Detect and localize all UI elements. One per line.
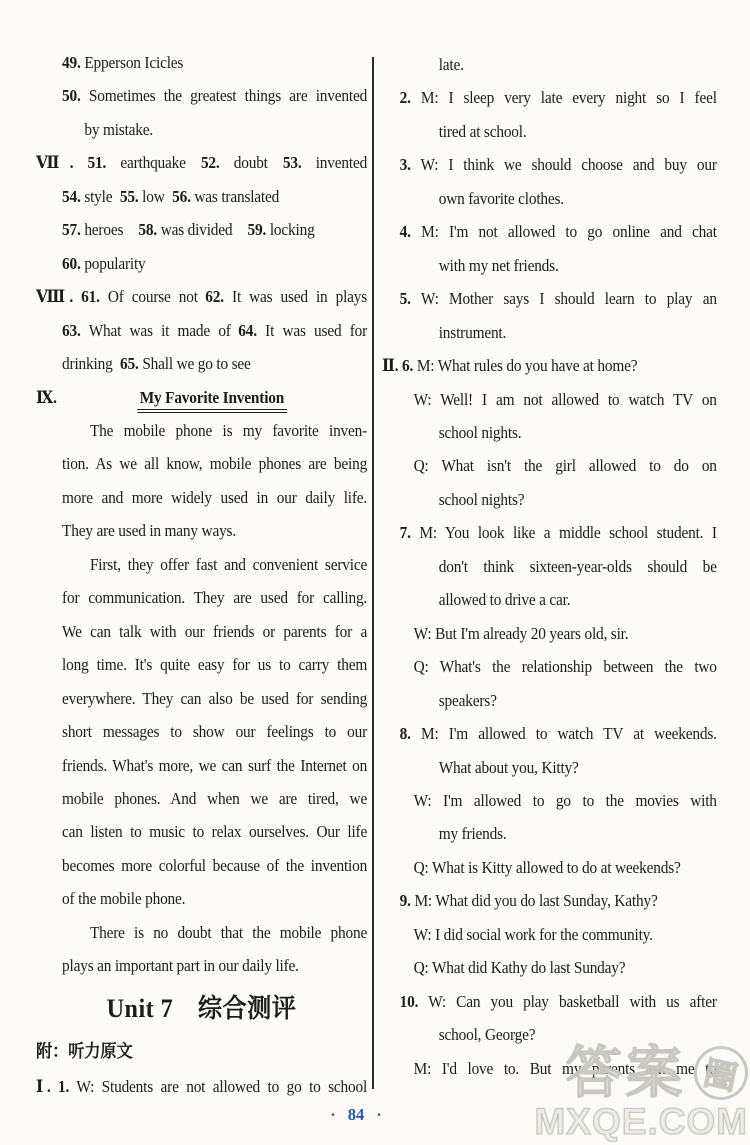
text-line: by mistake. <box>36 113 367 146</box>
page-number-dot-right: · <box>376 1105 382 1124</box>
text-line: W: I did social work for the community. <box>382 918 717 951</box>
text-line: 63. What was it made of 64. It was used … <box>36 314 367 347</box>
text-line: allowed to drive a car. <box>382 583 717 616</box>
text-line: my friends. <box>382 817 717 850</box>
text-line: more and more widely used in our daily l… <box>36 481 367 514</box>
text-line: Ⅷ. 61. Of course not 62. It was used in … <box>36 280 367 313</box>
text-line: 10. W: Can you play basketball with us a… <box>382 985 717 1018</box>
text-line: everywhere. They can also be used for se… <box>36 682 367 715</box>
text-line: for communication. They are used for cal… <box>36 581 367 614</box>
text-line: 57. heroes 58. was divided 59. locking <box>36 213 367 246</box>
page-number: ·84· <box>312 1105 400 1125</box>
text-line: There is no doubt that the mobile phone <box>36 916 367 949</box>
text-line: Q: What isn't the girl allowed to do on <box>382 449 717 482</box>
section-numeral: Ⅸ. <box>36 381 57 414</box>
text-line: tired at school. <box>382 115 717 148</box>
left-column: 49. Epperson Icicles50. Sometimes the gr… <box>36 46 367 1103</box>
text-line: 54. style 55. low 56. was translated <box>36 180 367 213</box>
text-line: speakers? <box>382 684 717 717</box>
text-line: instrument. <box>382 316 717 349</box>
watermark-logo-circle-icon: 圈 <box>689 1041 750 1105</box>
essay-title-line: Ⅸ.My Favorite Invention <box>36 381 367 414</box>
text-line: 4. M: I'm not allowed to go online and c… <box>382 215 717 248</box>
essay-title: My Favorite Invention <box>137 388 287 414</box>
right-column: late.2. M: I sleep very late every night… <box>382 48 717 1085</box>
text-line: 5. W: Mother says I should learn to play… <box>382 282 717 315</box>
text-line: W: But I'm already 20 years old, sir. <box>382 617 717 650</box>
text-line: W: Well! I am not allowed to watch TV on <box>382 383 717 416</box>
text-line: 9. M: What did you do last Sunday, Kathy… <box>382 884 717 917</box>
unit-heading: Unit 7 综合测评 <box>36 985 367 1033</box>
text-line: own favorite clothes. <box>382 182 717 215</box>
text-line: Ⅱ. 6. M: What rules do you have at home? <box>382 349 717 382</box>
column-divider <box>372 57 374 1089</box>
text-line: They are used in many ways. <box>36 514 367 547</box>
text-line: late. <box>382 48 717 81</box>
text-line: 2. M: I sleep very late every night so I… <box>382 81 717 114</box>
text-line: friends. What's more, we can surf the In… <box>36 749 367 782</box>
text-line: don't think sixteen-year-olds should be <box>382 550 717 583</box>
text-line: school nights? <box>382 483 717 516</box>
text-line: drinking 65. Shall we go to see <box>36 347 367 380</box>
watermark-logo-circle-text: 圈 <box>700 1047 742 1100</box>
text-line: becomes more colorful because of the inv… <box>36 849 367 882</box>
text-line: First, they offer fast and convenient se… <box>36 548 367 581</box>
text-line: The mobile phone is my favorite inven- <box>36 414 367 447</box>
text-line: long time. It's quite easy for us to car… <box>36 648 367 681</box>
text-line: plays an important part in our daily lif… <box>36 949 367 982</box>
text-line: school nights. <box>382 416 717 449</box>
watermark-logo: 答案 圈 <box>534 1045 748 1101</box>
text-line: tion. As we all know, mobile phones are … <box>36 447 367 480</box>
text-line: mobile phones. And when we are tired, we <box>36 782 367 815</box>
page-number-value: 84 <box>348 1105 365 1124</box>
text-line: 7. M: You look like a middle school stud… <box>382 516 717 549</box>
text-line: 8. M: I'm allowed to watch TV at weekend… <box>382 717 717 750</box>
answer-key-page: 49. Epperson Icicles50. Sometimes the gr… <box>0 0 750 1145</box>
text-line: W: I'm allowed to go to the movies with <box>382 784 717 817</box>
page-number-dot-left: · <box>330 1105 336 1124</box>
text-line: 50. Sometimes the greatest things are in… <box>36 79 367 112</box>
text-line: with my net friends. <box>382 249 717 282</box>
text-line: Q: What is Kitty allowed to do at weeken… <box>382 851 717 884</box>
text-line: can listen to music to relax ourselves. … <box>36 815 367 848</box>
watermark: 答案 圈 MXQE.COM <box>534 1045 750 1145</box>
text-line: of the mobile phone. <box>36 882 367 915</box>
text-line: What about you, Kitty? <box>382 751 717 784</box>
text-line: 60. popularity <box>36 247 367 280</box>
text-line: Q: What did Kathy do last Sunday? <box>382 951 717 984</box>
text-line: We can talk with our friends or parents … <box>36 615 367 648</box>
text-line: 49. Epperson Icicles <box>36 46 367 79</box>
watermark-logo-text: 答案 <box>566 1045 686 1101</box>
text-line: 3. W: I think we should choose and buy o… <box>382 148 717 181</box>
text-line: Ⅰ. 1. W: Students are not allowed to go … <box>36 1070 367 1103</box>
watermark-site: MXQE.COM <box>534 1102 748 1143</box>
text-line: Ⅶ. 51. earthquake 52. doubt 53. invented <box>36 146 367 179</box>
text-line: Q: What's the relationship between the t… <box>382 650 717 683</box>
listening-subhead: 附：听力原文 <box>36 1033 367 1070</box>
text-line: short messages to show our feelings to o… <box>36 715 367 748</box>
